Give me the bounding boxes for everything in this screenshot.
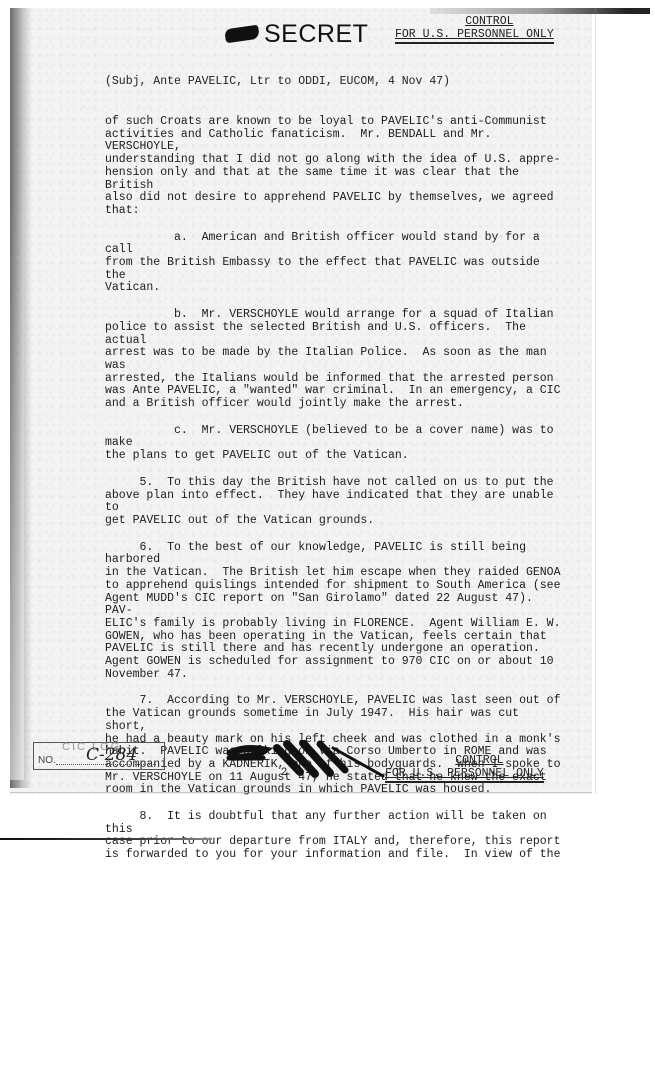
page-number: 2: [281, 766, 287, 778]
scan-top-edge: [430, 8, 650, 14]
control-footer-line2: FOR U.S. PERSONNEL ONLY: [385, 767, 544, 783]
log-stamp-number: C-284: [86, 745, 137, 765]
subject-line: (Subj, Ante PAVELIC, Ltr to ODDI, EUCOM,…: [105, 75, 450, 88]
separator-line: [0, 838, 212, 840]
cic-log-stamp: CIC LOG NO. C-284: [33, 742, 165, 770]
page-bottom-edge: [10, 792, 592, 793]
classification-header: SECRET: [225, 19, 368, 49]
paragraph-continuation: of such Croats are known to be loyal to …: [105, 116, 565, 218]
scan-edge-fade: [10, 180, 24, 780]
paragraph-6: 6. To the best of our knowledge, PAVELIC…: [105, 542, 565, 682]
control-header: CONTROL FOR U.S. PERSONNEL ONLY: [395, 15, 554, 44]
paragraph-item-c: c. Mr. VERSCHOYLE (believed to be a cove…: [105, 425, 565, 463]
control-header-line2: FOR U.S. PERSONNEL ONLY: [395, 28, 554, 44]
paragraph-item-b: b. Mr. VERSCHOYLE would arrange for a sq…: [105, 309, 565, 411]
paragraph-8: 8. It is doubtful that any further actio…: [105, 811, 565, 862]
redaction-scribble-icon: [225, 740, 385, 780]
control-footer: CONTROL FOR U.S. PERSONNEL ONLY: [385, 754, 544, 783]
paragraph-5: 5. To this day the British have not call…: [105, 477, 565, 528]
control-footer-line1: CONTROL: [385, 754, 544, 767]
control-header-line1: CONTROL: [395, 15, 554, 28]
log-stamp-no-label: NO.: [38, 755, 56, 766]
page-fold-line: [595, 8, 596, 794]
paragraph-item-a: a. American and British officer would st…: [105, 232, 565, 296]
classification-label: SECRET: [264, 20, 368, 49]
redaction-mark-icon: [224, 25, 260, 44]
